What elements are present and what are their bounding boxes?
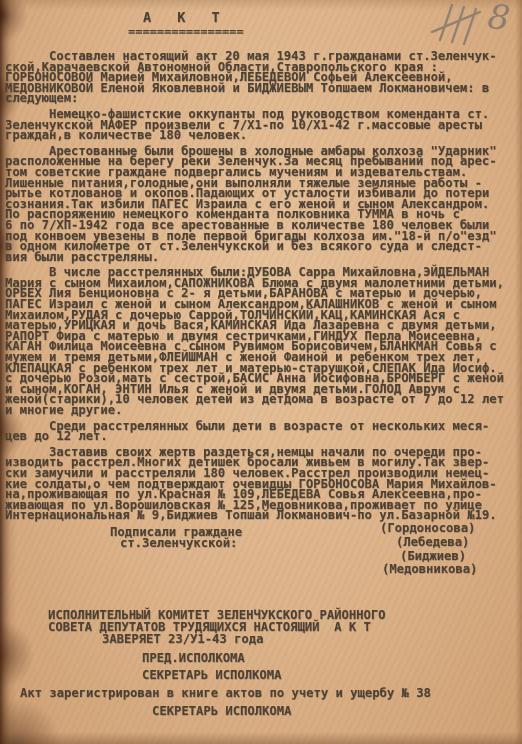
title-underline: ================ [128, 26, 244, 37]
paragraph: Среди расстрелянных были дети в возрасте… [5, 421, 519, 442]
secretary-line: СЕКРЕТАРЬ ИСПОЛКОМА [142, 668, 281, 682]
secretary-line-2: СЕКРЕТАРЬ ИСПОЛКОМА [152, 704, 291, 718]
signature-names: (Гордоносова)(Лебедева)(Биджиев)(Медовни… [380, 522, 477, 577]
paragraph: Немецко-фашистские оккупанты под руковод… [5, 109, 519, 141]
title-block: А К Т ================ [128, 10, 244, 39]
signatories-label: Подписали гражданест.Зеленчукской: [110, 527, 242, 548]
paragraph: Заставив своих жертв раздеться,немцы нач… [5, 447, 519, 521]
text-line: (Медовникова) [380, 563, 477, 577]
text-line: (Лебедева) [380, 536, 477, 550]
text-line: МЕДОВНИКОВОЙ Еленой Яковлевной и БИДЖИЕВ… [5, 83, 519, 94]
document-page: 8 А К Т ================ Составлен насто… [0, 0, 522, 744]
text-line: (Гордоносова) [380, 522, 477, 536]
handwritten-page-number: 8 [428, 0, 520, 52]
text-line: вия были расстреляны. [5, 252, 519, 263]
certification-block: ИСПОЛНИТЕЛЬНЫЙ КОМИТЕТ ЗЕЛЕНЧУКСКОГО РАЙ… [48, 609, 386, 646]
paragraph: Составлен настоящий акт 20 мая 1943 г.гр… [5, 51, 519, 104]
text-line: ЗАВЕРЯЕТ 23/У1-43 года [48, 633, 386, 645]
chairman-line: ПРЕД.ИСПОЛКОМА [142, 651, 245, 665]
paragraph: Арестованные были брошены в холодные амб… [5, 146, 519, 263]
paragraph: В числе расстрелянных были:ДУБОВА Сарра … [5, 267, 519, 415]
text-line: (Биджиев) [380, 550, 477, 564]
text-line: и многие другие. [5, 405, 519, 416]
text-line: ст.Зеленчукской: [110, 538, 242, 549]
document-body: Составлен настоящий акт 20 мая 1943 г.гр… [5, 51, 519, 526]
text-line: Интернациональная № 9,Биджиев Топшай Лок… [5, 510, 519, 521]
registration-line: Акт зарегистрирован в книге актов по уче… [20, 686, 431, 700]
document-title: А К Т [128, 10, 244, 26]
